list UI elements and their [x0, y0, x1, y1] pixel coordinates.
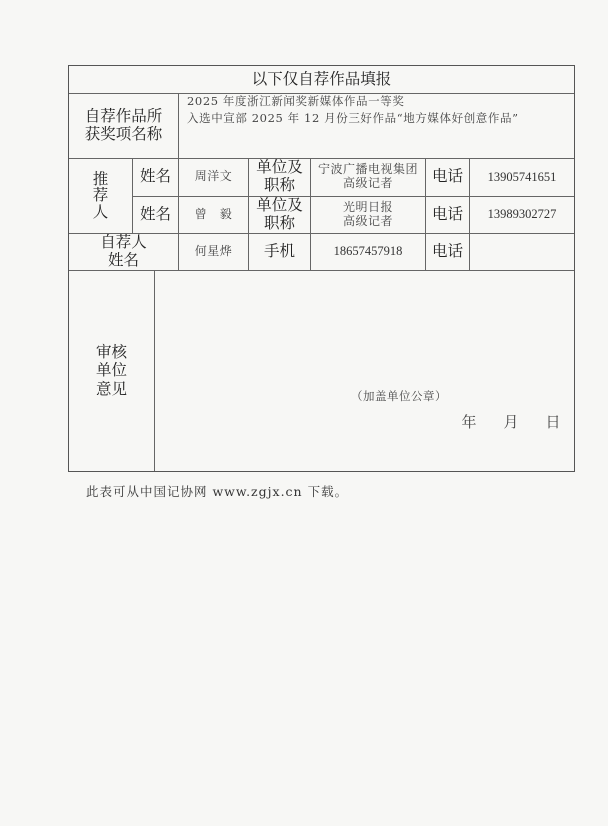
label-line: 单位 [96, 361, 127, 380]
unit-label-line: 单位及 [256, 159, 303, 177]
label-line: 意见 [96, 380, 127, 399]
label-char: 人 [93, 204, 109, 220]
unit-label-line: 职称 [264, 215, 295, 233]
award-value: 2025 年度浙江新闻奖新媒体作品一等奖 入选中宣部 2025 年 12 月份三… [179, 93, 574, 148]
form-title: 以下仅自荐作品填报 [69, 66, 574, 93]
footer-note: 此表可从中国记协网 www.zgjx.cn 下载。 [86, 482, 348, 500]
label-line: 姓名 [108, 252, 139, 270]
recommender-phone: 13989302727 [470, 196, 574, 233]
recommender-unit: 光明日报 高级记者 [311, 196, 425, 233]
mobile-label: 手机 [249, 233, 310, 270]
self-recommender-label: 自荐人 姓名 [69, 233, 178, 270]
recommender-unit: 宁波广播电视集团 高级记者 [311, 158, 425, 196]
label-line: 审核 [96, 343, 127, 362]
recommender-group-label: 推 荐 人 [69, 158, 132, 233]
name-label: 姓名 [133, 196, 178, 233]
phone-label: 电话 [426, 233, 469, 270]
award-label-line: 获奖项名称 [85, 126, 163, 144]
phone-label: 电话 [426, 158, 469, 196]
unit-label: 单位及 职称 [249, 196, 310, 233]
unit-line: 宁波广播电视集团 [318, 163, 418, 177]
name-label: 姓名 [133, 158, 178, 196]
recommender-phone: 13905741651 [470, 158, 574, 196]
seal-note: （加盖单位公章） [339, 389, 459, 405]
label-char: 推 [93, 171, 109, 187]
phone-label: 电话 [426, 196, 469, 233]
unit-label: 单位及 职称 [249, 158, 310, 196]
unit-line: 光明日报 [343, 201, 393, 215]
award-label-line: 自荐作品所 [85, 108, 163, 126]
self-recommender-phone [470, 233, 574, 270]
recommender-name: 周洋文 [179, 158, 248, 196]
label-line: 自荐人 [100, 234, 147, 252]
year-label: 年 [459, 412, 479, 434]
award-line: 2025 年度浙江新闻奖新媒体作品一等奖 [187, 93, 404, 110]
month-label: 月 [501, 412, 521, 434]
unit-label-line: 职称 [264, 177, 295, 195]
divider [154, 270, 155, 471]
unit-line: 高级记者 [343, 177, 393, 191]
recommender-name: 曾 毅 [179, 196, 248, 233]
award-form-table: 以下仅自荐作品填报 自荐作品所 获奖项名称 2025 年度浙江新闻奖新媒体作品一… [68, 65, 575, 472]
award-label: 自荐作品所 获奖项名称 [69, 93, 178, 158]
self-recommender-mobile: 18657457918 [311, 233, 425, 270]
review-label: 审核 单位 意见 [69, 270, 154, 471]
award-line: 入选中宣部 2025 年 12 月份三好作品“地方媒体好创意作品” [187, 110, 519, 127]
self-recommender-name: 何星烨 [179, 233, 248, 270]
unit-line: 高级记者 [343, 215, 393, 229]
label-char: 荐 [93, 187, 109, 203]
unit-label-line: 单位及 [256, 197, 303, 215]
day-label: 日 [543, 412, 563, 434]
